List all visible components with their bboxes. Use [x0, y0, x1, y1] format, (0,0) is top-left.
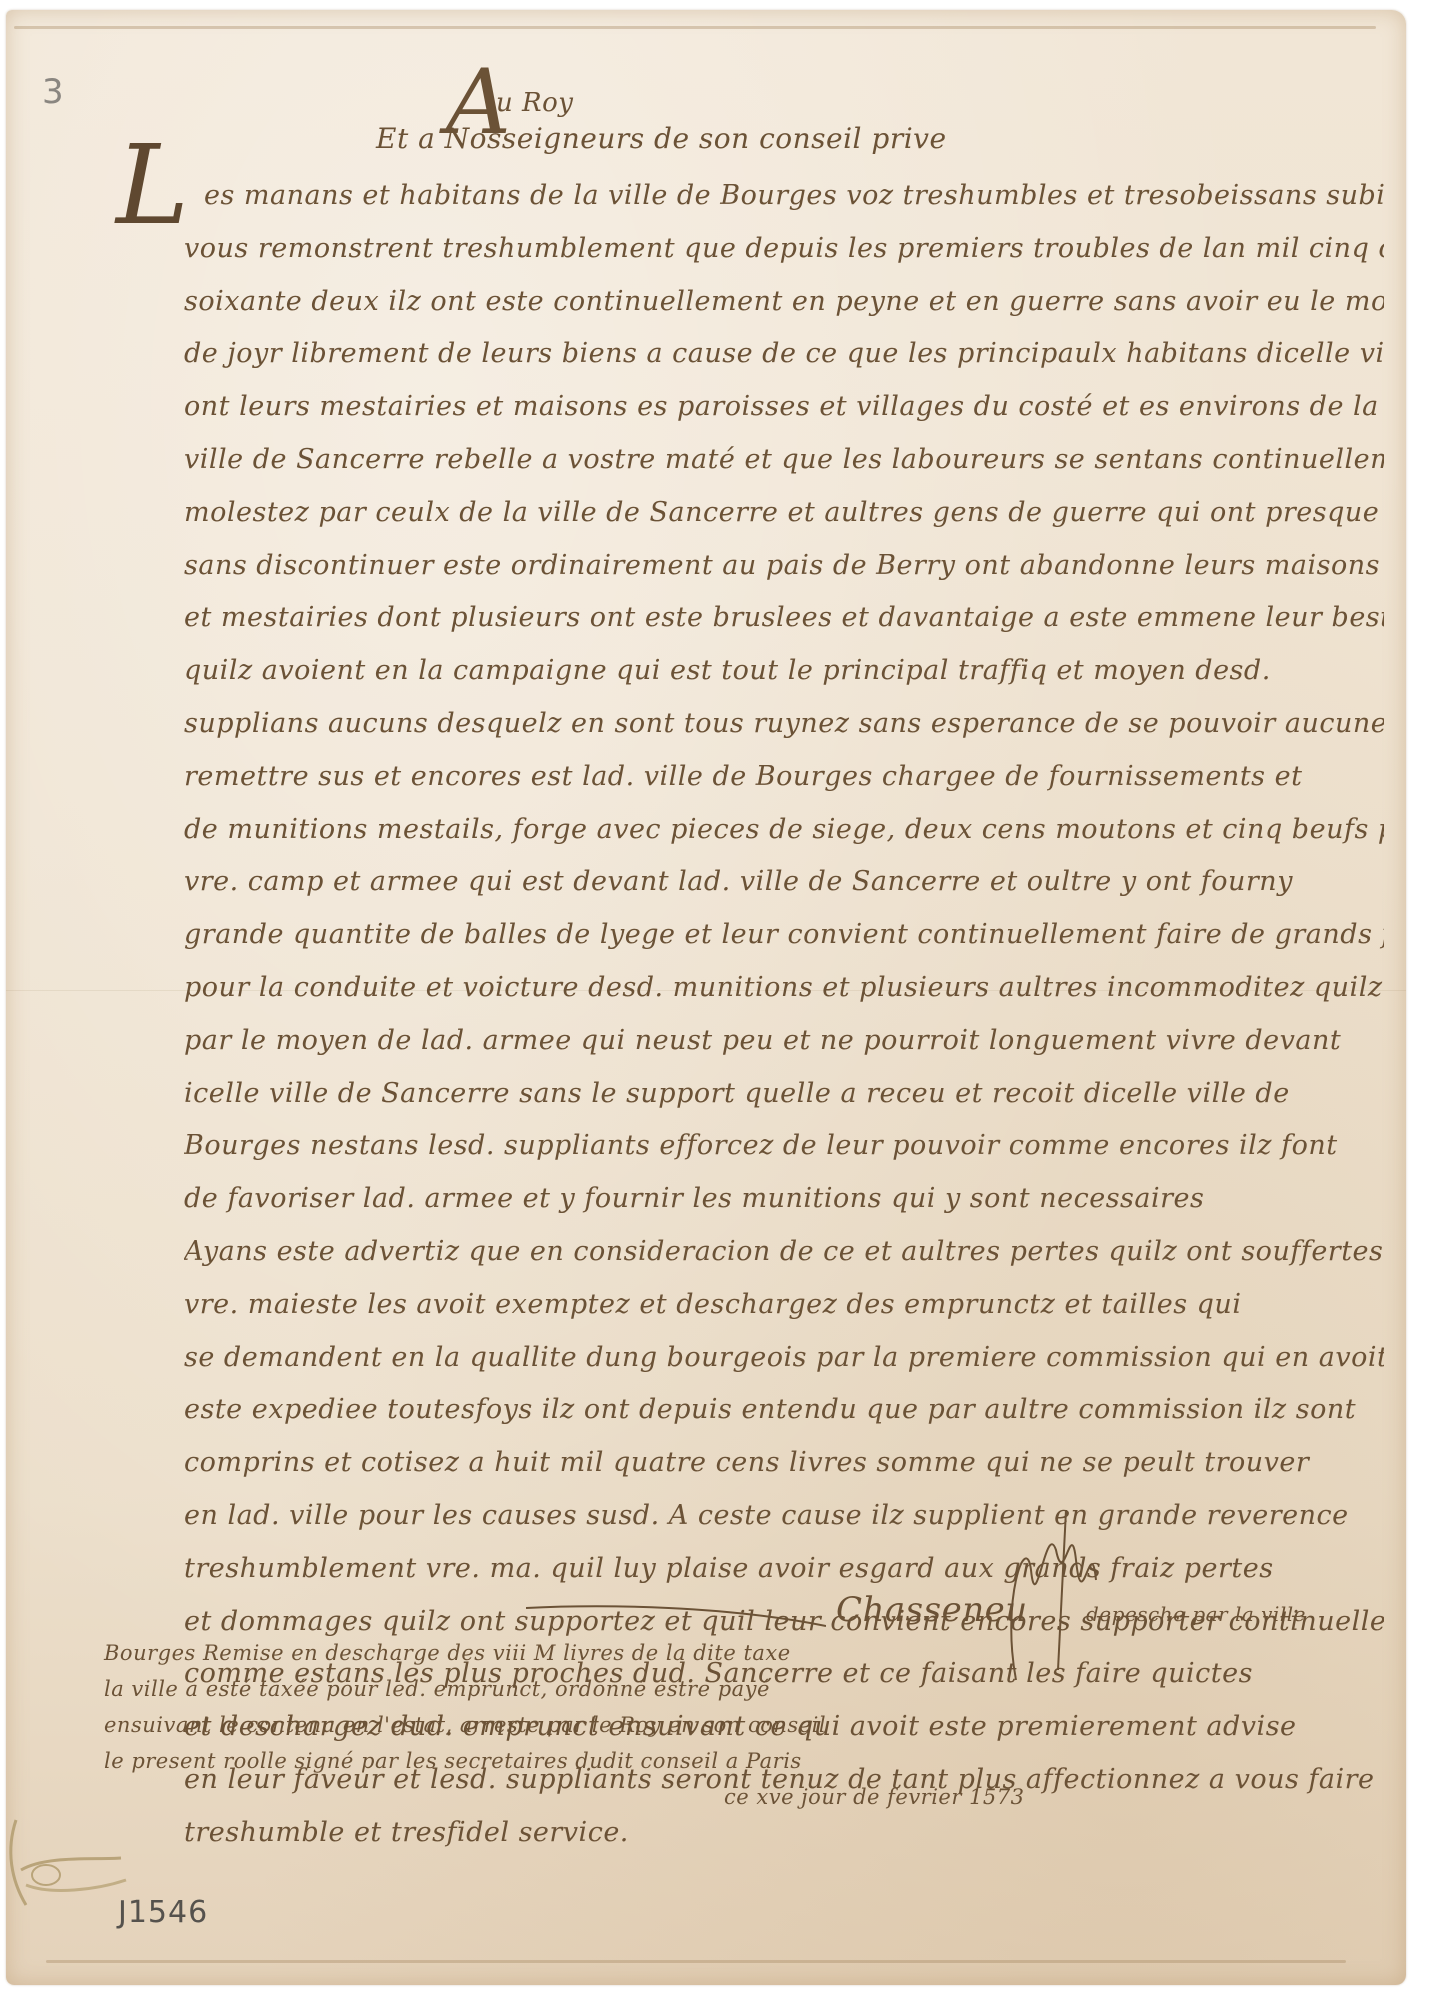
body-line: en lad. ville pour les causes susd. A ce…	[184, 1490, 1384, 1543]
body-line: ont leurs mestairies et maisons es paroi…	[184, 381, 1384, 434]
body-initial: L	[116, 130, 190, 240]
address-line-2: Et a Nosseigneurs de son conseil prive	[376, 122, 947, 155]
body-line: Ayans este advertiz que en consideracion…	[184, 1226, 1384, 1279]
body-line: ville de Sancerre rebelle a vostre maté …	[184, 434, 1384, 487]
binding-string-icon	[6, 1810, 136, 1920]
body-line: quilz avoient en la campaigne qui est to…	[184, 645, 1384, 698]
body-line: par le moyen de lad. armee qui neust peu…	[184, 1015, 1384, 1068]
paper-top-edge	[14, 26, 1376, 29]
endorsement-note: Bourges Remise en descharge des viii M l…	[104, 1635, 1025, 1815]
archive-reference: J1546	[118, 1895, 208, 1930]
body-line: supplians aucuns desquelz en sont tous r…	[184, 698, 1384, 751]
body-line: de favoriser lad. armee et y fournir les…	[184, 1173, 1384, 1226]
body-line: soixante deux ilz ont este continuelleme…	[184, 276, 1384, 329]
body-line: icelle ville de Sancerre sans le support…	[184, 1068, 1384, 1121]
body-line: sans discontinuer este ordinairement au …	[184, 540, 1384, 593]
endorsement-line: ce xve jour de fevrier 1573	[104, 1779, 1025, 1815]
body-line: de joyr librement de leurs biens a cause…	[184, 328, 1384, 381]
body-line: grande quantite de balles de lyege et le…	[184, 909, 1384, 962]
body-line: Bourges nestans lesd. suppliants efforce…	[184, 1120, 1384, 1173]
secretary-note: depesche par la ville	[1086, 1602, 1306, 1626]
body-line: treshumblement vre. ma. quil luy plaise …	[184, 1543, 1384, 1596]
body-line: comprins et cotisez a huit mil quatre ce…	[184, 1437, 1384, 1490]
body-line: es manans et habitans de la ville de Bou…	[184, 170, 1384, 223]
endorsement-line: la ville a esté taxée pour led. emprunct…	[104, 1671, 1025, 1707]
body-line: molestez par ceulx de la ville de Sancer…	[184, 487, 1384, 540]
address-line-1: u Roy	[496, 88, 573, 118]
endorsement-line: Bourges Remise en descharge des viii M l…	[104, 1635, 1025, 1671]
body-line: se demandent en la quallite dung bourgeo…	[184, 1332, 1384, 1385]
folio-number: 3	[42, 72, 64, 112]
body-line: vre. camp et armee qui est devant lad. v…	[184, 856, 1384, 909]
manuscript-page: 3 A u Roy Et a Nosseigneurs de son conse…	[6, 10, 1406, 1985]
body-line: et mestairies dont plusieurs ont este br…	[184, 592, 1384, 645]
endorsement-line: le present roolle signé par les secretai…	[104, 1743, 1025, 1779]
endorsement-line: ensuivant le contenu en l'estat, arreste…	[104, 1707, 1025, 1743]
body-line: de munitions mestails, forge avec pieces…	[184, 804, 1384, 857]
body-line: este expediee toutesfoys ilz ont depuis …	[184, 1384, 1384, 1437]
body-line: vous remonstrent treshumblement que depu…	[184, 223, 1384, 276]
paper-bottom-edge	[46, 1960, 1346, 1963]
signature-swash-icon	[526, 1600, 826, 1630]
body-line: vre. maieste les avoit exemptez et desch…	[184, 1279, 1384, 1332]
body-line: pour la conduite et voicture desd. munit…	[184, 962, 1384, 1015]
body-line: remettre sus et encores est lad. ville d…	[184, 751, 1384, 804]
